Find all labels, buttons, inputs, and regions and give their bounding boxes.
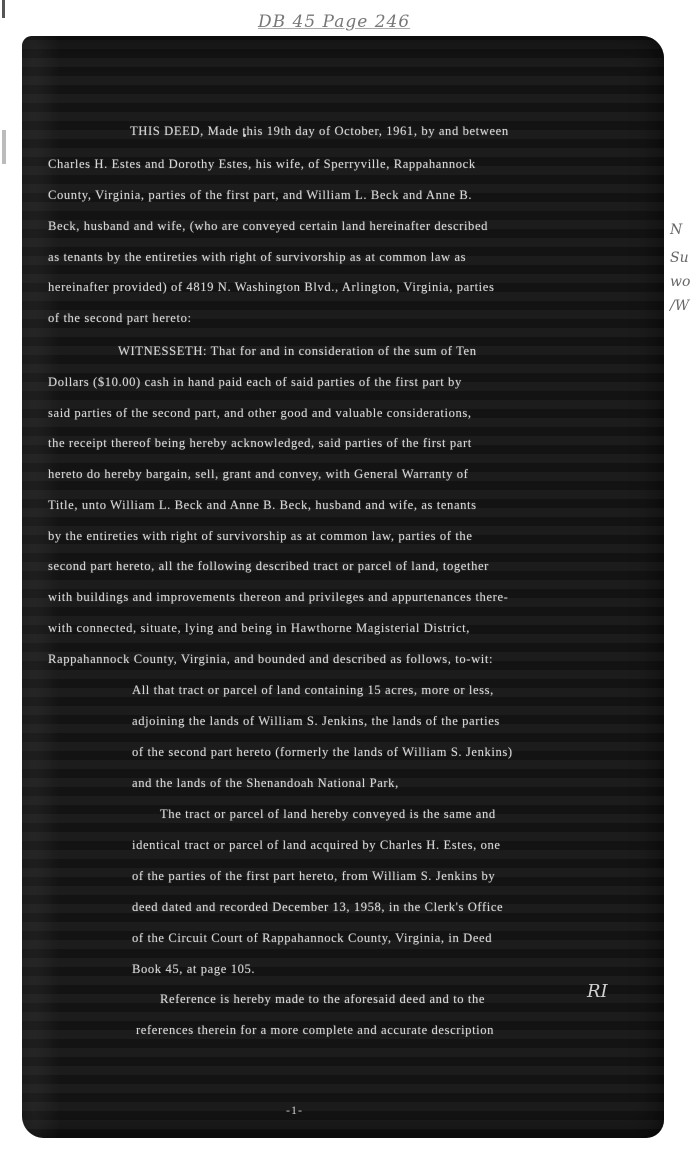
deed-text-line: and the lands of the Shenandoah National… [132,776,399,791]
deed-text-line: Title, unto William L. Beck and Anne B. … [48,498,477,513]
deed-text-line: Book 45, at page 105. [132,962,255,977]
corner-mark [2,0,5,18]
deed-text-line: All that tract or parcel of land contain… [132,683,494,698]
deed-text-line: with buildings and improvements thereon … [48,590,508,605]
page-number: -1- [286,1103,303,1118]
deed-text-line: WITNESSETH: That for and in consideratio… [118,344,477,359]
margin-note: N [670,222,682,238]
deed-text-line: THIS DEED, Made this 19th day of October… [130,124,509,139]
deed-text-line: references therein for a more complete a… [136,1023,494,1038]
deed-text-line: adjoining the lands of William S. Jenkin… [132,714,500,729]
deed-text-line: County, Virginia, parties of the first p… [48,188,472,203]
deed-text-line: said parties of the second part, and oth… [48,406,472,421]
deed-text-line: of the Circuit Court of Rappahannock Cou… [132,931,492,946]
deed-text-line: deed dated and recorded December 13, 195… [132,900,503,915]
deed-text-line: with connected, situate, lying and being… [48,621,470,636]
deed-text-line: Charles H. Estes and Dorothy Estes, his … [48,157,476,172]
margin-note: /W [670,298,689,314]
deed-text-line: hereto do hereby bargain, sell, grant an… [48,467,468,482]
deed-text-line: Beck, husband and wife, (who are conveye… [48,219,488,234]
deed-text-line: hereinafter provided) of 4819 N. Washing… [48,280,494,295]
margin-note: Su [670,250,689,266]
deed-text-line: of the second part hereto: [48,311,192,326]
deed-text-line: Rappahannock County, Virginia, and bound… [48,652,493,667]
deed-text-line: The tract or parcel of land hereby conve… [160,807,496,822]
deed-text-line: as tenants by the entireties with right … [48,250,466,265]
deed-text-line: by the entireties with right of survivor… [48,529,473,544]
deed-text-line: Reference is hereby made to the aforesai… [160,992,485,1007]
deed-text-line: identical tract or parcel of land acquir… [132,838,501,853]
deed-text-line: of the second part hereto (formerly the … [132,745,513,760]
deed-text-line: second part hereto, all the following de… [48,559,489,574]
deed-text-line: of the parties of the first part hereto,… [132,869,495,884]
deed-book-reference: DB 45 Page 246 [258,12,410,32]
deed-text-line: Dollars ($10.00) cash in hand paid each … [48,375,462,390]
deed-page: THIS DEED, Made this 19th day of October… [22,36,664,1138]
deed-text-line: the receipt thereof being hereby acknowl… [48,436,472,451]
handwritten-initials: RI [587,981,608,1002]
margin-note: wo [670,274,690,290]
left-edge-mark [2,130,6,164]
